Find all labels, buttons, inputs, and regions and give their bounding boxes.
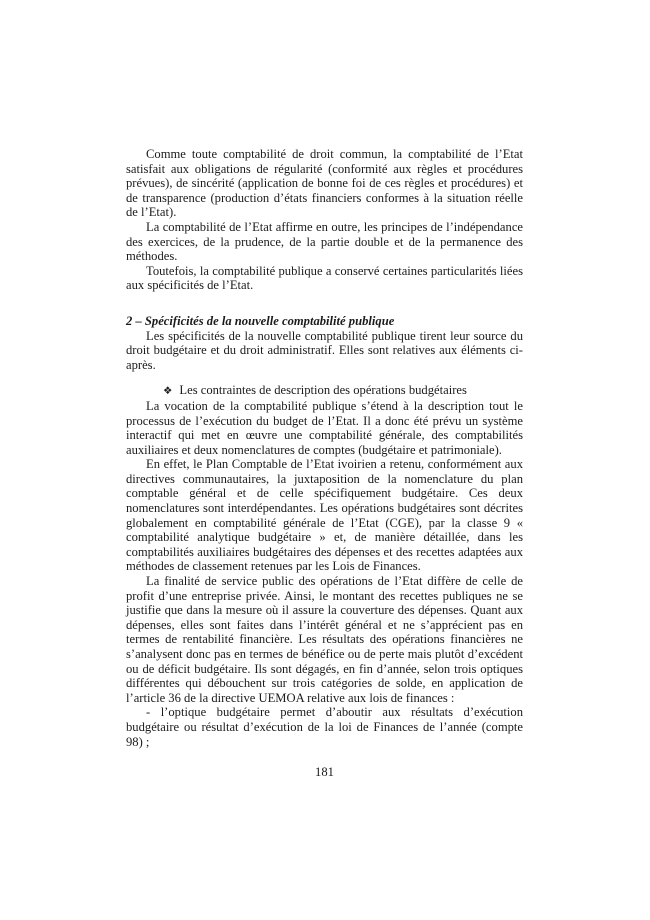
diamond-bullet-icon: ❖ [163,385,172,397]
bullet-item-label: Les contraintes de description des opéra… [179,383,466,397]
paragraph: La vocation de la comptabilité publique … [126,399,523,457]
page-number: 181 [126,765,523,780]
list-item: - l’optique budgétaire permet d’aboutir … [126,705,523,749]
document-page: Comme toute comptabilité de droit commun… [0,0,650,920]
paragraph: La comptabilité de l’Etat affirme en out… [126,220,523,264]
paragraph: Les spécificités de la nouvelle comptabi… [126,329,523,373]
paragraph: La finalité de service public des opérat… [126,574,523,705]
paragraph: Comme toute comptabilité de droit commun… [126,147,523,220]
paragraph: En effet, le Plan Comptable de l’Etat iv… [126,457,523,574]
bullet-item: ❖Les contraintes de description des opér… [126,383,523,399]
text-block: Comme toute comptabilité de droit commun… [126,147,523,749]
paragraph: Toutefois, la comptabilité publique a co… [126,264,523,293]
section-heading: 2 – Spécificités de la nouvelle comptabi… [126,314,523,329]
